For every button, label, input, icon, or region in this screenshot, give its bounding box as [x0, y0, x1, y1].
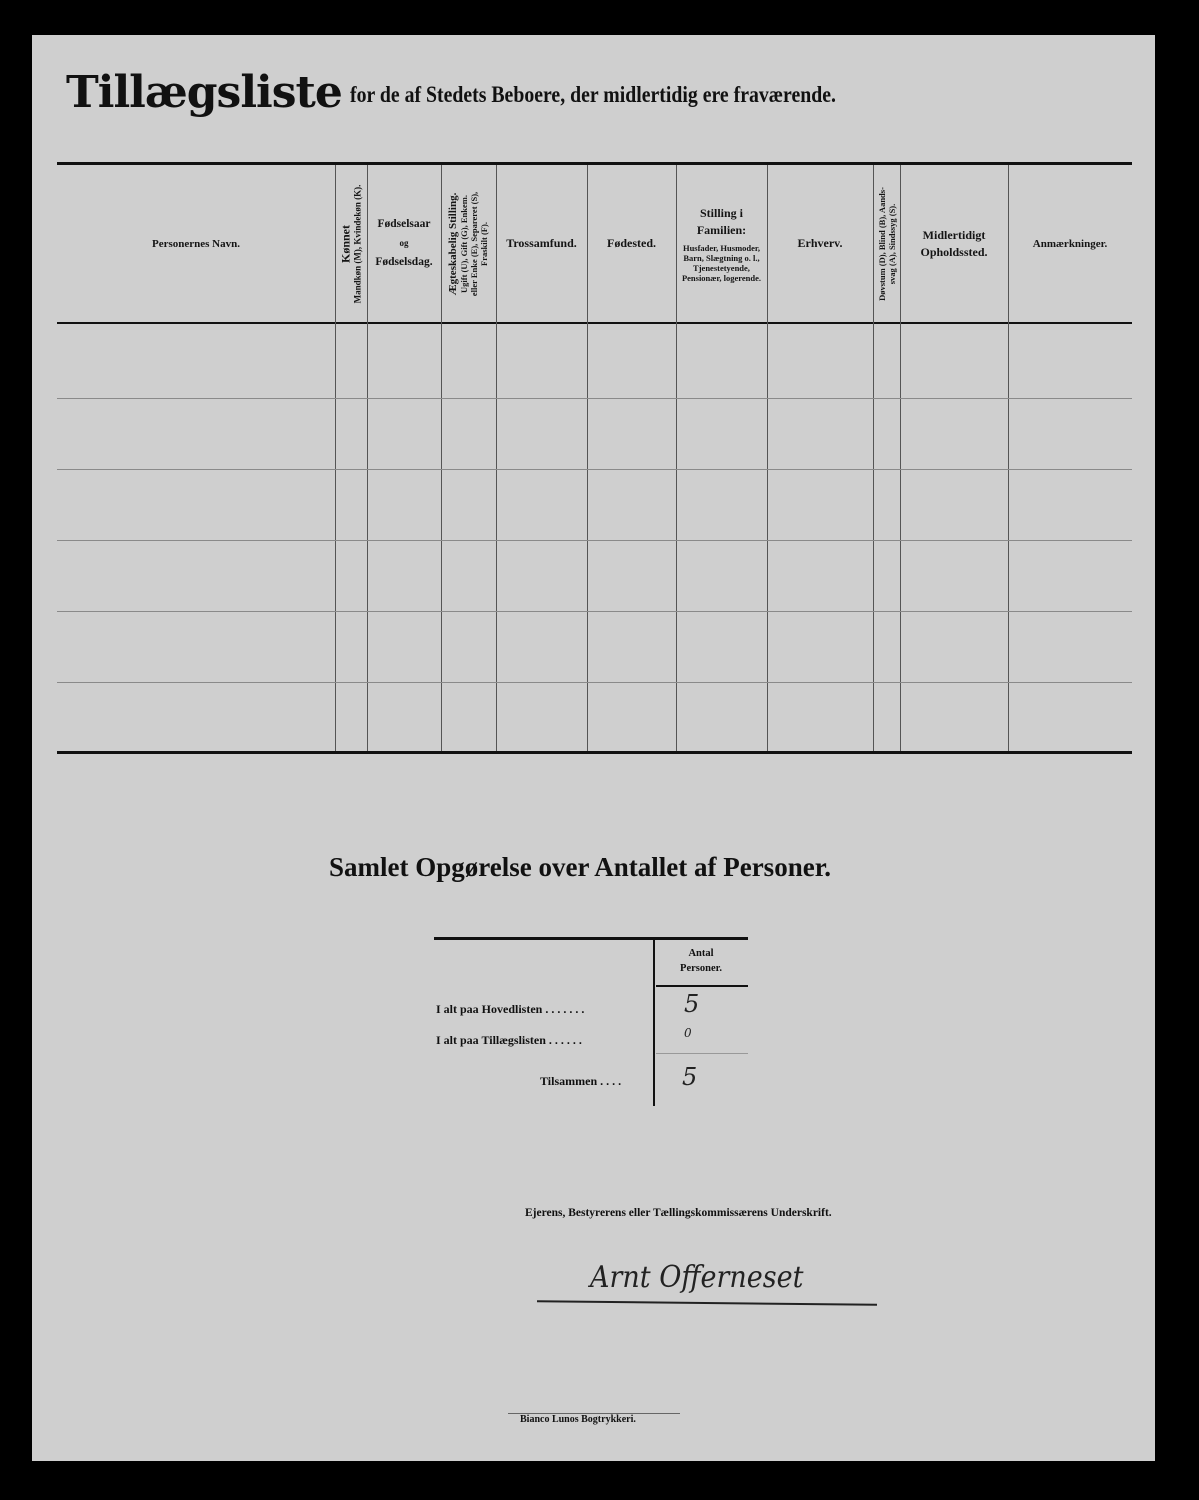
summary-column-divider: [653, 940, 655, 1106]
signature-caption: Ejerens, Bestyrerens eller Tællingskommi…: [525, 1207, 832, 1219]
header-label: Fødested.: [607, 236, 656, 251]
header-label: Familien:: [697, 222, 746, 239]
summary-row-tillaegslisten-label: I alt paa Tillægslisten . . . . . .: [436, 1033, 582, 1048]
header-label: Opholdssted.: [920, 244, 987, 261]
header-label: Stilling i: [700, 205, 743, 222]
header-bottom-rule: [57, 322, 1132, 324]
header-personernes-navn: Personernes Navn.: [57, 165, 335, 322]
header-sublabel: Mandkøn (M), Kvindekøn (K).: [352, 184, 363, 303]
row-divider: [57, 469, 1132, 470]
header-label: Kønnet: [339, 184, 352, 303]
header-label: og: [400, 234, 409, 253]
header-label: Ægteskabelig Stilling.: [448, 191, 460, 295]
row-divider: [57, 540, 1132, 541]
summary-header-label: Personer.: [656, 961, 746, 976]
header-label: Midlertidigt: [923, 227, 986, 244]
header-label: Fødselsdag.: [375, 253, 432, 272]
row-divider: [57, 398, 1132, 399]
row-divider: [57, 611, 1132, 612]
table-bottom-rule: [57, 751, 1132, 754]
summary-row-rule: [656, 1053, 748, 1054]
summary-header-rule: [656, 985, 748, 987]
form-title: Tillægsliste: [66, 68, 342, 118]
row-divider: [57, 682, 1132, 683]
summary-top-rule: [434, 937, 748, 940]
printer-imprint: Bianco Lunos Bogtrykkeri.: [520, 1414, 636, 1425]
header-dovstum-blind: Døvstum (D), Blind (B), Aands- svag (A),…: [873, 165, 900, 322]
header-aegteskabelig-stilling: Ægteskabelig Stilling. Ugift (U), Gift (…: [441, 165, 496, 322]
header-sublabel: Fraskilt (F).: [480, 191, 490, 295]
header-sublabel: eller Enke (E), Separeret (S),: [470, 191, 480, 295]
header-erhverv: Erhverv.: [767, 165, 873, 322]
summary-title: Samlet Opgørelse over Antallet af Person…: [270, 852, 890, 883]
header-sublabel: Døvstum (D), Blind (B), Aands-: [877, 187, 887, 301]
header-sublabel: svag (A), Sindssyg (S).: [887, 187, 897, 301]
header-midlertidigt-opholdssted: Midlertidigt Opholdssted.: [900, 165, 1008, 322]
header-anmaerkninger: Anmærkninger.: [1008, 165, 1132, 322]
subtitle-text: for de af Stedets Beboere, der midlertid…: [350, 82, 729, 107]
header-label: Anmærkninger.: [1033, 238, 1107, 250]
summary-header-label: Antal: [656, 946, 746, 961]
form-subtitle: for de af Stedets Beboere, der midlertid…: [350, 80, 836, 110]
summary-row-hovedlisten-value: 5: [684, 990, 699, 1018]
summary-row-hovedlisten-label: I alt paa Hovedlisten . . . . . . .: [436, 1002, 584, 1017]
header-label: Trossamfund.: [506, 236, 577, 251]
subtitle-emphasis: fraværende.: [734, 82, 836, 107]
summary-row-tillaegslisten-value: 0: [684, 1026, 692, 1040]
header-label: Erhverv.: [798, 236, 843, 251]
signature-handwriting: Arnt Offerneset: [590, 1260, 803, 1295]
header-stilling-i-familien: Stilling i Familien: Husfader, Husmoder,…: [676, 165, 767, 322]
header-trossamfund: Trossamfund.: [496, 165, 587, 322]
summary-row-tilsammen-label: Tilsammen . . . .: [540, 1074, 621, 1089]
header-sublabel: Husfader, Husmoder, Barn, Slægtning o. l…: [682, 243, 762, 283]
header-label: Personernes Navn.: [152, 238, 240, 250]
header-label: Fødselsaar: [377, 215, 430, 234]
summary-column-header: Antal Personer.: [656, 946, 746, 976]
summary-row-tilsammen-value: 5: [682, 1063, 697, 1091]
header-fodested: Fødested.: [587, 165, 676, 322]
header-konnet: Kønnet Mandkøn (M), Kvindekøn (K).: [335, 165, 367, 322]
header-sublabel: Ugift (U), Gift (G), Enkem.: [460, 191, 470, 295]
header-fodselsaar: Fødselsaar og Fødselsdag.: [367, 165, 441, 322]
